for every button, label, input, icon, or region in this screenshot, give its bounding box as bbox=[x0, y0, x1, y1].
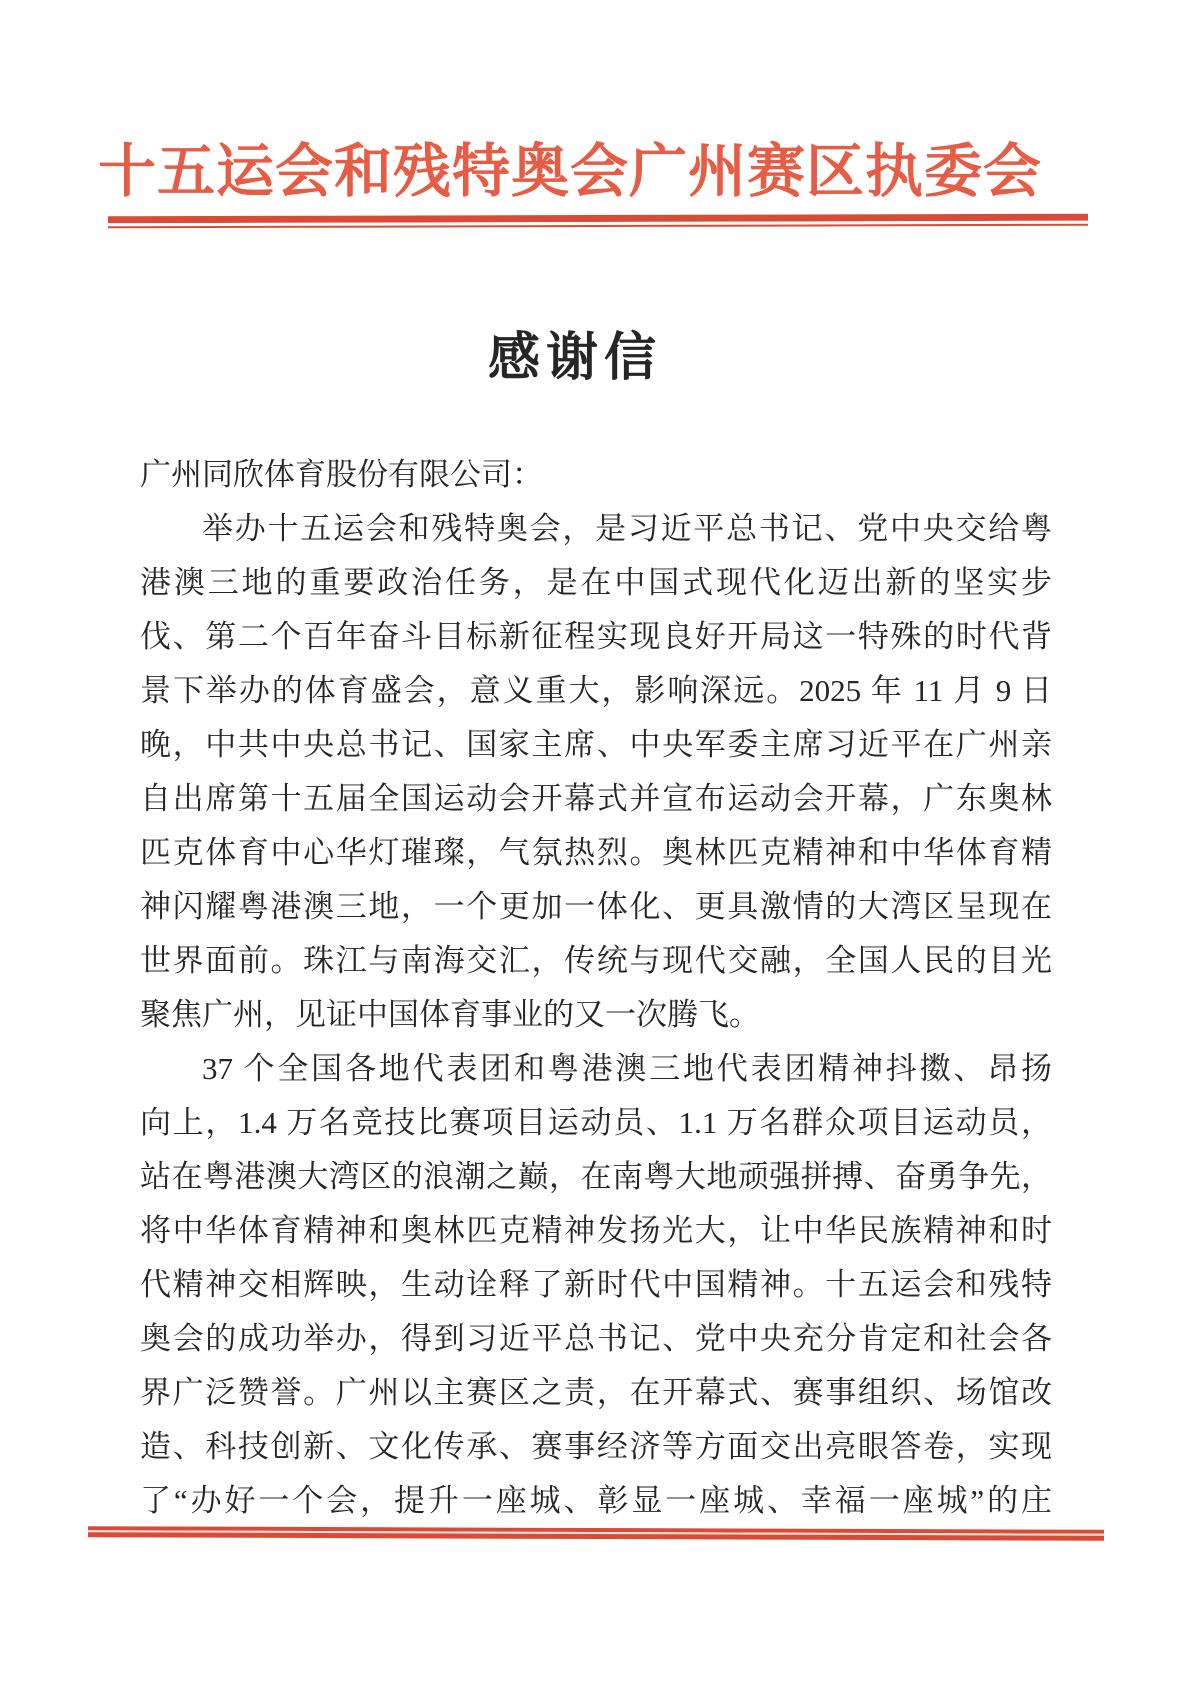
footer-rule bbox=[88, 1526, 1104, 1541]
body-line: 奥会的成功举办，得到习近平总书记、党中央充分肯定和社会各 bbox=[140, 1312, 1052, 1366]
body-line: 匹克体育中心华灯璀璨，气氛热烈。奥林匹克精神和中华体育精 bbox=[140, 826, 1052, 880]
document-title: 感谢信 bbox=[0, 315, 1150, 390]
body-line: 伐、第二个百年奋斗目标新征程实现良好开局这一特殊的时代背 bbox=[140, 610, 1052, 664]
recipient-salutation: 广州同欣体育股份有限公司： bbox=[140, 448, 1052, 502]
body-line: 站在粤港澳大湾区的浪潮之巅，在南粤大地顽强拼搏、奋勇争先， bbox=[140, 1150, 1052, 1204]
letter-paragraph-lines: 举办十五运会和残特奥会，是习近平总书记、党中央交给粤港澳三地的重要政治任务，是在… bbox=[140, 502, 1052, 1528]
body-line: 神闪耀粤港澳三地，一个更加一体化、更具激情的大湾区呈现在 bbox=[140, 880, 1052, 934]
body-line: 37 个全国各地代表团和粤港澳三地代表团精神抖擞、昂扬 bbox=[140, 1042, 1052, 1096]
letter-body: 广州同欣体育股份有限公司： 举办十五运会和残特奥会，是习近平总书记、党中央交给粤… bbox=[140, 448, 1052, 1528]
body-line: 举办十五运会和残特奥会，是习近平总书记、党中央交给粤 bbox=[140, 502, 1052, 556]
body-line: 港澳三地的重要政治任务，是在中国式现代化迈出新的坚实步 bbox=[140, 556, 1052, 610]
body-line: 代精神交相辉映，生动诠释了新时代中国精神。十五运会和残特 bbox=[140, 1258, 1052, 1312]
body-line: 界广泛赞誉。广州以主赛区之责，在开幕式、赛事组织、场馆改 bbox=[140, 1366, 1052, 1420]
body-line: 了“办好一个会，提升一座城、彰显一座城、幸福一座城”的庄 bbox=[140, 1474, 1052, 1528]
body-line: 将中华体育精神和奥林匹克精神发扬光大，让中华民族精神和时 bbox=[140, 1204, 1052, 1258]
body-line: 自出席第十五届全国运动会开幕式并宣布运动会开幕，广东奥林 bbox=[140, 772, 1052, 826]
body-line: 世界面前。珠江与南海交汇，传统与现代交融，全国人民的目光 bbox=[140, 934, 1052, 988]
body-line: 晚，中共中央总书记、国家主席、中央军委主席习近平在广州亲 bbox=[140, 718, 1052, 772]
body-line: 向上，1.4 万名竞技比赛项目运动员、1.1 万名群众项目运动员， bbox=[140, 1096, 1052, 1150]
body-line: 造、科技创新、文化传承、赛事经济等方面交出亮眼答卷，实现 bbox=[140, 1420, 1052, 1474]
letterhead-title: 十五运会和残特奥会广州赛区执委会 bbox=[0, 124, 1140, 208]
letter-page: 十五运会和残特奥会广州赛区执委会 感谢信 广州同欣体育股份有限公司： 举办十五运… bbox=[0, 0, 1190, 1683]
body-line: 聚焦广州，见证中国体育事业的又一次腾飞。 bbox=[140, 988, 1052, 1042]
letterhead-rule bbox=[108, 214, 1088, 229]
body-line: 景下举办的体育盛会，意义重大，影响深远。2025 年 11 月 9 日 bbox=[140, 664, 1052, 718]
